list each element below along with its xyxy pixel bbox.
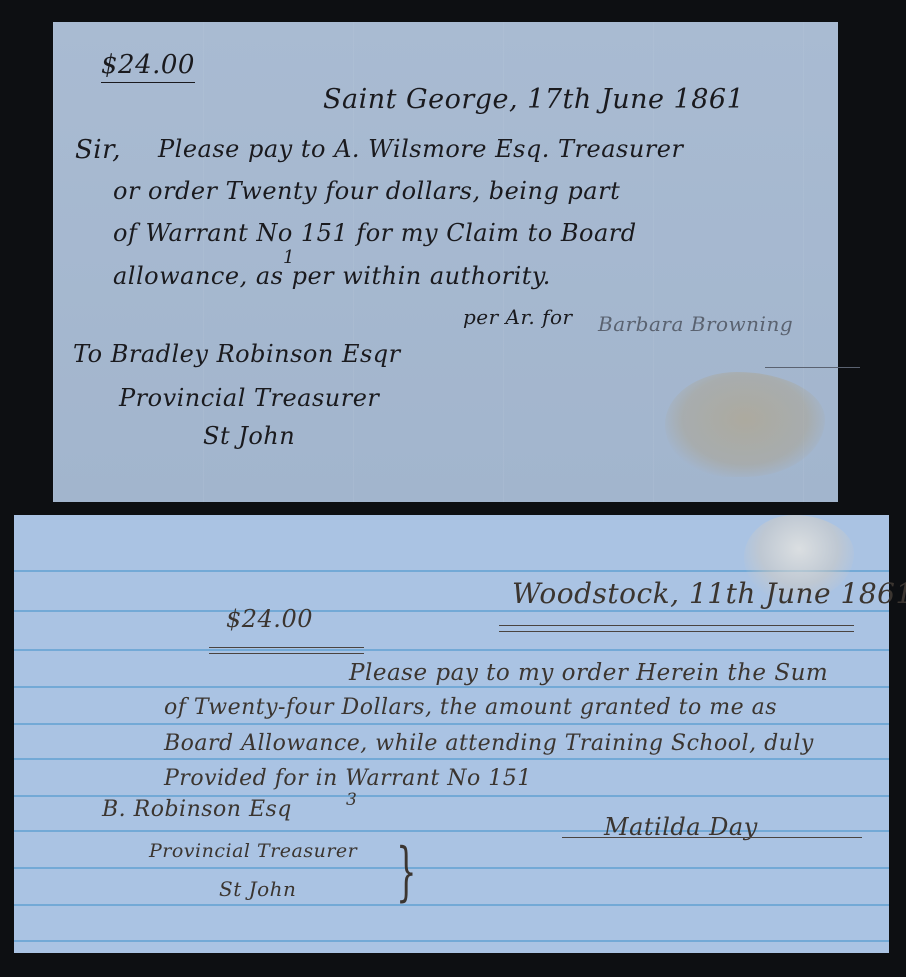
ruled-line bbox=[14, 867, 889, 869]
body-line-3: Board Allowance, while attending Trainin… bbox=[164, 731, 814, 756]
ruled-line bbox=[14, 686, 889, 688]
body-line-1: Please pay to A. Wilsmore Esq. Treasurer bbox=[158, 135, 683, 163]
water-stain bbox=[665, 372, 825, 477]
body-line-1: Please pay to my order Herein the Sum bbox=[349, 660, 828, 686]
signature-rule bbox=[765, 367, 860, 368]
ruled-line bbox=[14, 758, 889, 760]
addressee-line-2: Provincial Treasurer bbox=[119, 384, 379, 412]
signature-rule bbox=[562, 837, 862, 838]
addressee-line-1: To Bradley Robinson Esqr bbox=[73, 340, 401, 368]
payment-order-bottom: Woodstock, 11th June 1861 $24.00 Please … bbox=[14, 515, 889, 953]
ruled-line bbox=[14, 940, 889, 942]
signature: Barbara Browning bbox=[598, 312, 793, 336]
body-line-4: allowance, as per within authority. bbox=[113, 262, 551, 290]
addressee-line-3: St John bbox=[203, 422, 295, 450]
body-line-3: of Warrant No 151 for my Claim to Board bbox=[113, 219, 637, 247]
brace-icon: } bbox=[396, 835, 416, 909]
amount: $24.00 bbox=[226, 605, 313, 633]
payment-note: per Ar. for bbox=[463, 305, 573, 329]
warrant-fraction-denominator: 3 bbox=[346, 790, 357, 810]
amount: $24.00 bbox=[101, 50, 195, 83]
addressee-line-3: St John bbox=[219, 877, 296, 901]
amount-underline bbox=[209, 647, 364, 654]
addressee-line-2: Provincial Treasurer bbox=[149, 840, 357, 862]
ruled-line bbox=[14, 723, 889, 725]
body-line-4: Provided for in Warrant No 151 bbox=[164, 766, 532, 791]
body-line-2: of Twenty-four Dollars, the amount grant… bbox=[164, 695, 777, 720]
ruled-line bbox=[14, 649, 889, 651]
date-underline bbox=[499, 625, 854, 632]
body-line-2: or order Twenty four dollars, being part bbox=[113, 177, 620, 205]
salutation: Sir, bbox=[75, 135, 121, 165]
ruled-line bbox=[14, 904, 889, 906]
addressee-line-1: B. Robinson Esq bbox=[102, 797, 292, 822]
place-date: Woodstock, 11th June 1861 bbox=[512, 577, 906, 610]
payment-order-top: $24.00 Saint George, 17th June 1861 Sir,… bbox=[53, 22, 838, 502]
place-date: Saint George, 17th June 1861 bbox=[323, 84, 744, 115]
ruled-line bbox=[14, 610, 889, 612]
